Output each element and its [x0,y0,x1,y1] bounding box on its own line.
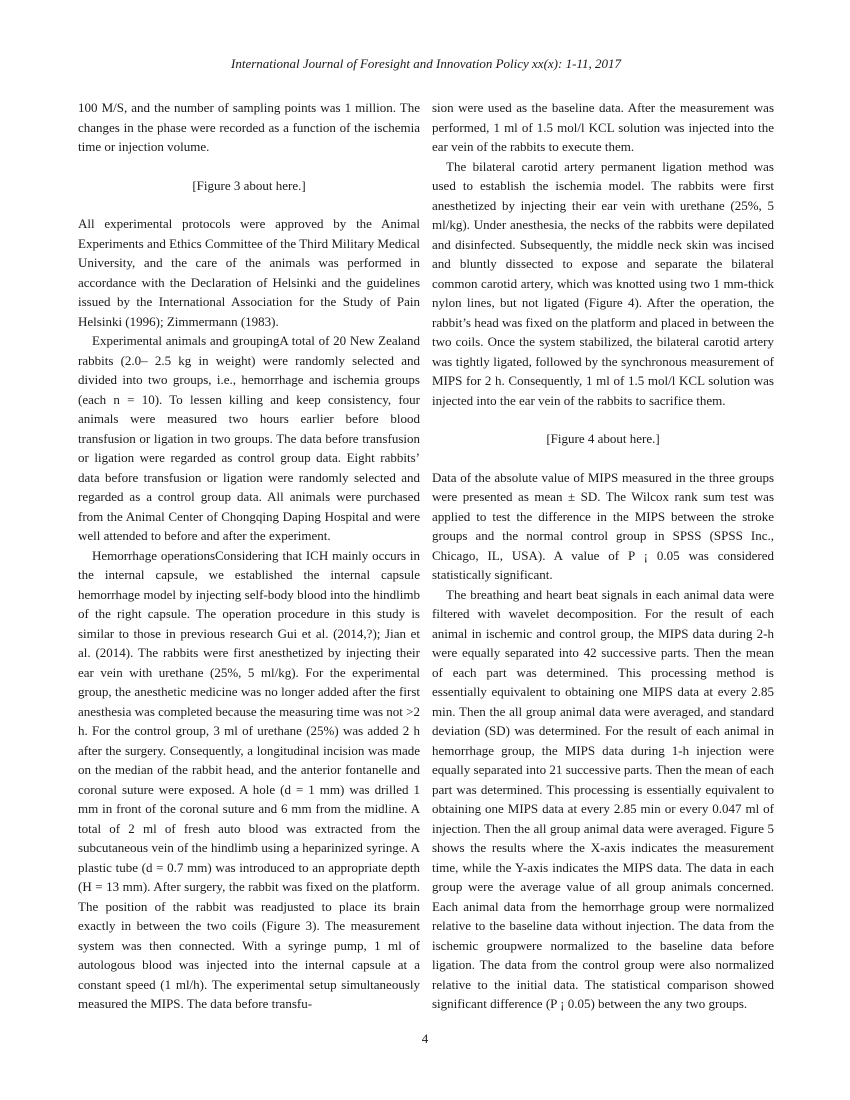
figure-3-placeholder: [Figure 3 about here.] [78,176,420,196]
page-number: 4 [0,1031,850,1047]
paragraph: Data of the absolute value of MIPS measu… [432,468,774,585]
paragraph: sion were used as the baseline data. Aft… [432,98,774,157]
paper-page: International Journal of Foresight and I… [0,0,850,1100]
paragraph: Experimental animals and groupingA total… [78,331,420,546]
right-column: sion were used as the baseline data. Aft… [432,98,774,1014]
journal-header: International Journal of Foresight and I… [78,56,774,72]
two-column-body: 100 M/S, and the number of sampling poin… [78,98,774,1014]
paragraph: The breathing and heart beat signals in … [432,585,774,1014]
paragraph: Hemorrhage operationsConsidering that IC… [78,546,420,1014]
left-column: 100 M/S, and the number of sampling poin… [78,98,420,1014]
figure-4-placeholder: [Figure 4 about here.] [432,429,774,449]
paragraph: 100 M/S, and the number of sampling poin… [78,98,420,157]
paragraph: The bilateral carotid artery permanent l… [432,157,774,411]
paragraph: All experimental protocols were approved… [78,214,420,331]
